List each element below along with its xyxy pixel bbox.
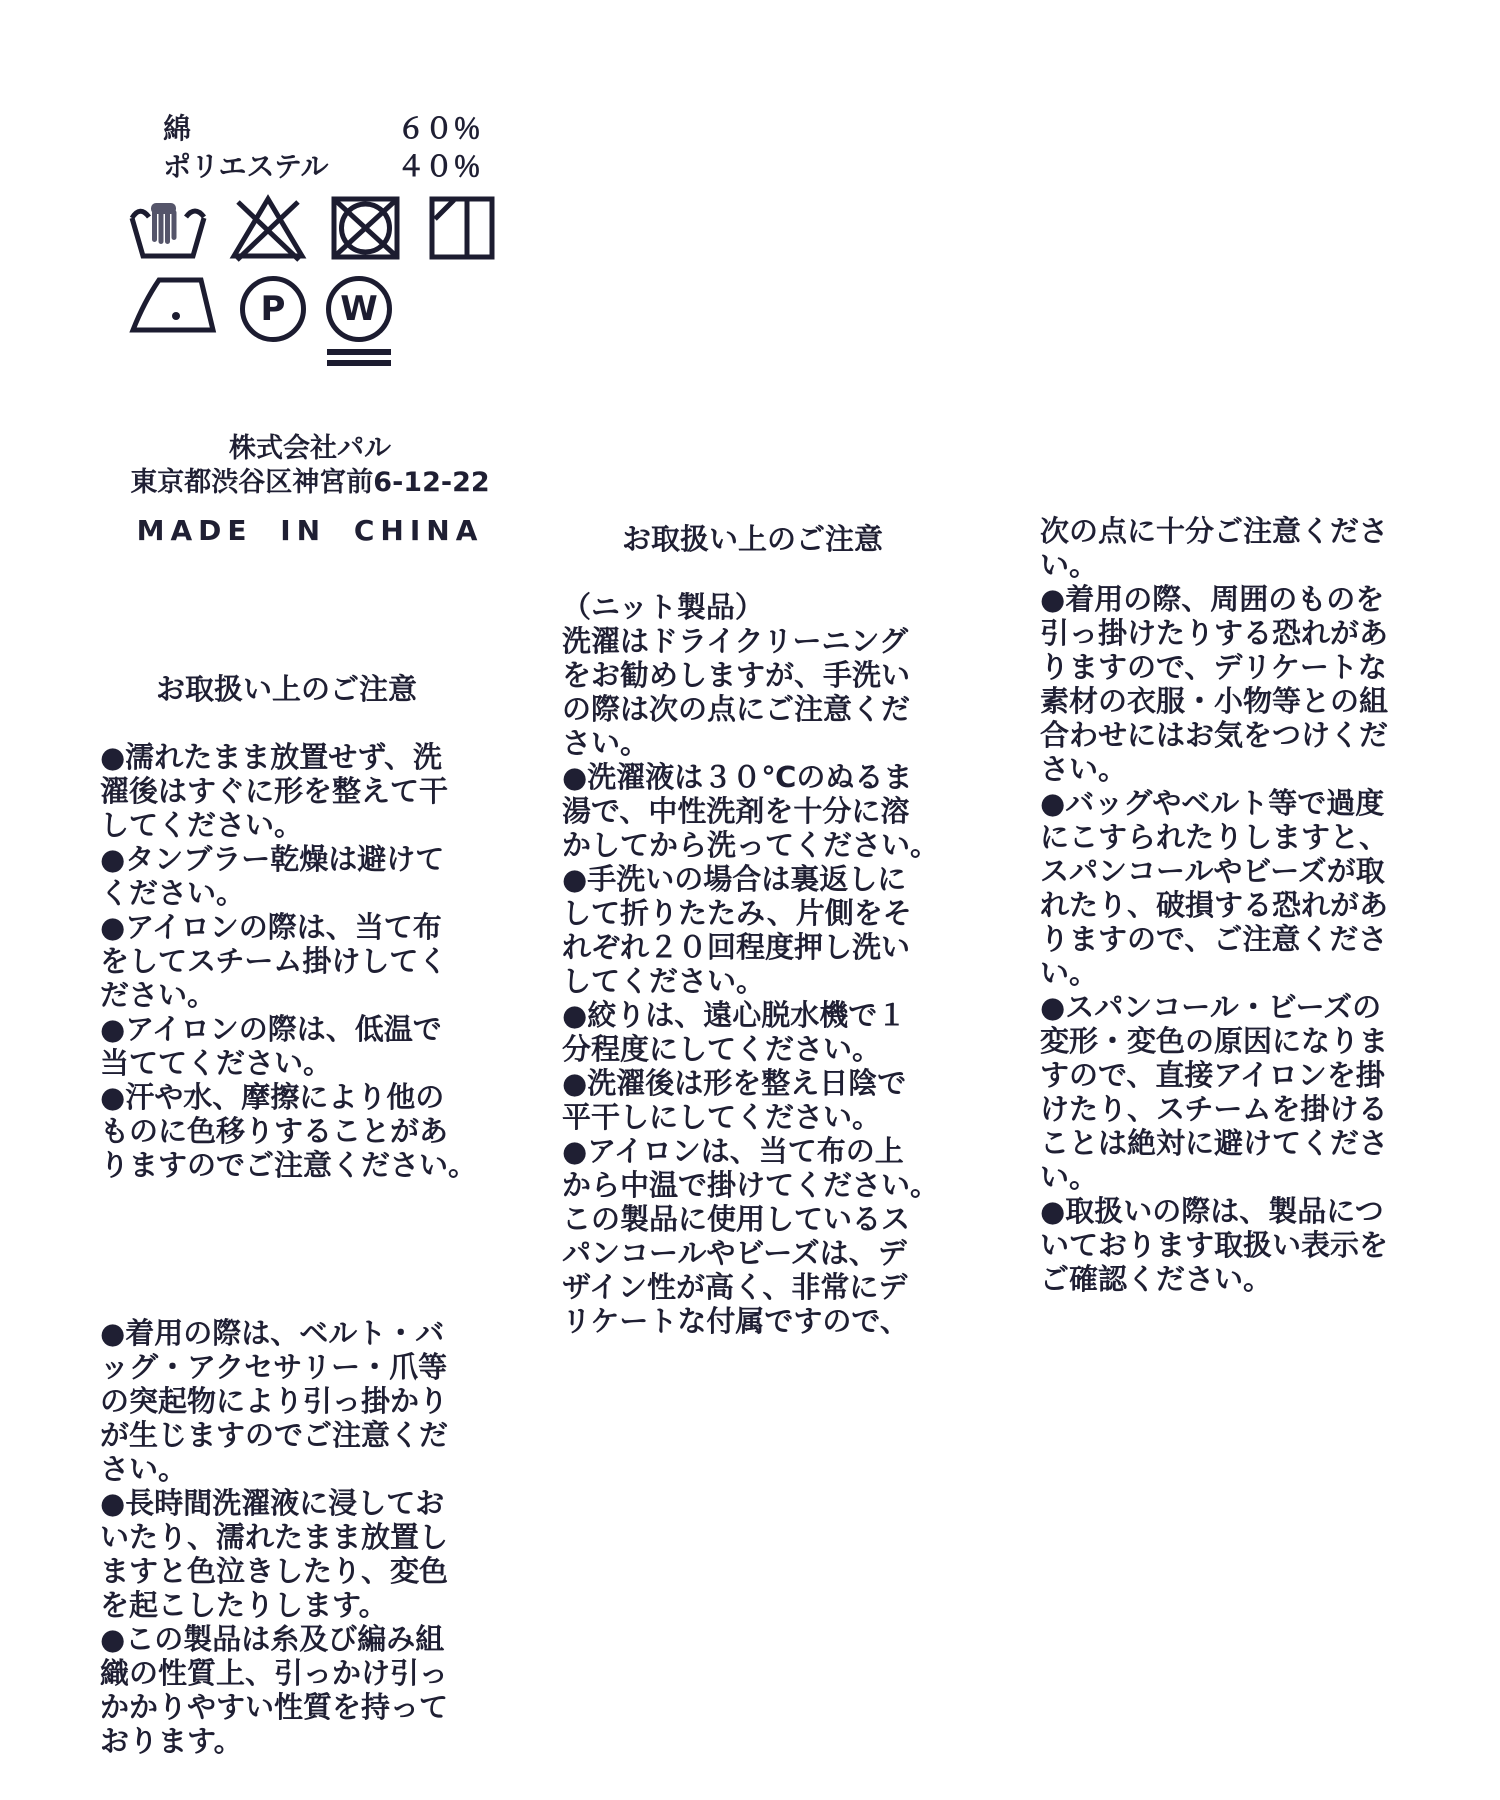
p-letter: P <box>240 276 306 342</box>
care-symbols-row1 <box>126 190 502 266</box>
care-label-sheet: 綿 ６０％ ポリエステル ４０％ <box>0 0 1500 1800</box>
care-instructions-column-2: お取扱い上のご注意 （ニット製品） 洗濯はドライクリーニング をお勧めしますが、… <box>562 488 1002 1372</box>
wet-clean-w-icon: W <box>326 270 392 366</box>
material-percent: ４０％ <box>397 148 481 186</box>
fabric-composition: 綿 ６０％ ポリエステル ４０％ <box>163 110 481 186</box>
w-letter: W <box>326 276 392 342</box>
line-dry-in-shade-icon <box>422 190 502 266</box>
company-name: 株式会社パル <box>55 432 565 466</box>
care-symbols-row2: P W <box>126 270 392 366</box>
wet-clean-underline <box>327 360 391 366</box>
column2-notes-knit: （ニット製品） 洗濯はドライクリーニング をお勧めしますが、手洗い の際は次の点… <box>562 590 1002 1338</box>
do-not-bleach-icon <box>226 190 310 266</box>
care-instructions-column-3: 次の点に十分ご注意くださ い。 ●着用の際、周囲のものを 引っ掛けたりする恐れが… <box>1040 480 1460 1330</box>
material-percent: ６０％ <box>397 110 481 148</box>
column1-notes-wear: ●着用の際は、ベルト・バ ッグ・アクセサリー・爪等 の突起物により引っ掛かり が… <box>100 1316 540 1758</box>
manufacturer-block: 株式会社パル 東京都渋谷区神宮前6-12-22 MADE IN CHINA <box>55 432 565 547</box>
column1-heading: お取扱い上のご注意 <box>100 672 540 706</box>
column2-heading: お取扱い上のご注意 <box>562 522 1002 556</box>
material-name: ポリエステル <box>163 148 397 186</box>
composition-row: 綿 ６０％ <box>163 110 481 148</box>
composition-row: ポリエステル ４０％ <box>163 148 481 186</box>
do-not-tumble-dry-icon <box>326 190 406 266</box>
country-of-origin: MADE IN CHINA <box>55 514 565 547</box>
column3-notes-sequin: 次の点に十分ご注意くださ い。 ●着用の際、周囲のものを 引っ掛けたりする恐れが… <box>1040 514 1460 1296</box>
column1-notes-general: ●濡れたまま放置せず、洗 濯後はすぐに形を整えて干 してください。 ●タンブラー… <box>100 740 540 1182</box>
care-instructions-column-1: お取扱い上のご注意 ●濡れたまま放置せず、洗 濯後はすぐに形を整えて干 してくだ… <box>100 638 540 1792</box>
dry-clean-p-icon: P <box>240 270 306 342</box>
wet-clean-underline <box>327 349 391 355</box>
iron-low-icon <box>126 270 220 346</box>
material-name: 綿 <box>163 110 397 148</box>
company-address: 東京都渋谷区神宮前6-12-22 <box>55 466 565 500</box>
hand-wash-icon <box>126 190 210 266</box>
